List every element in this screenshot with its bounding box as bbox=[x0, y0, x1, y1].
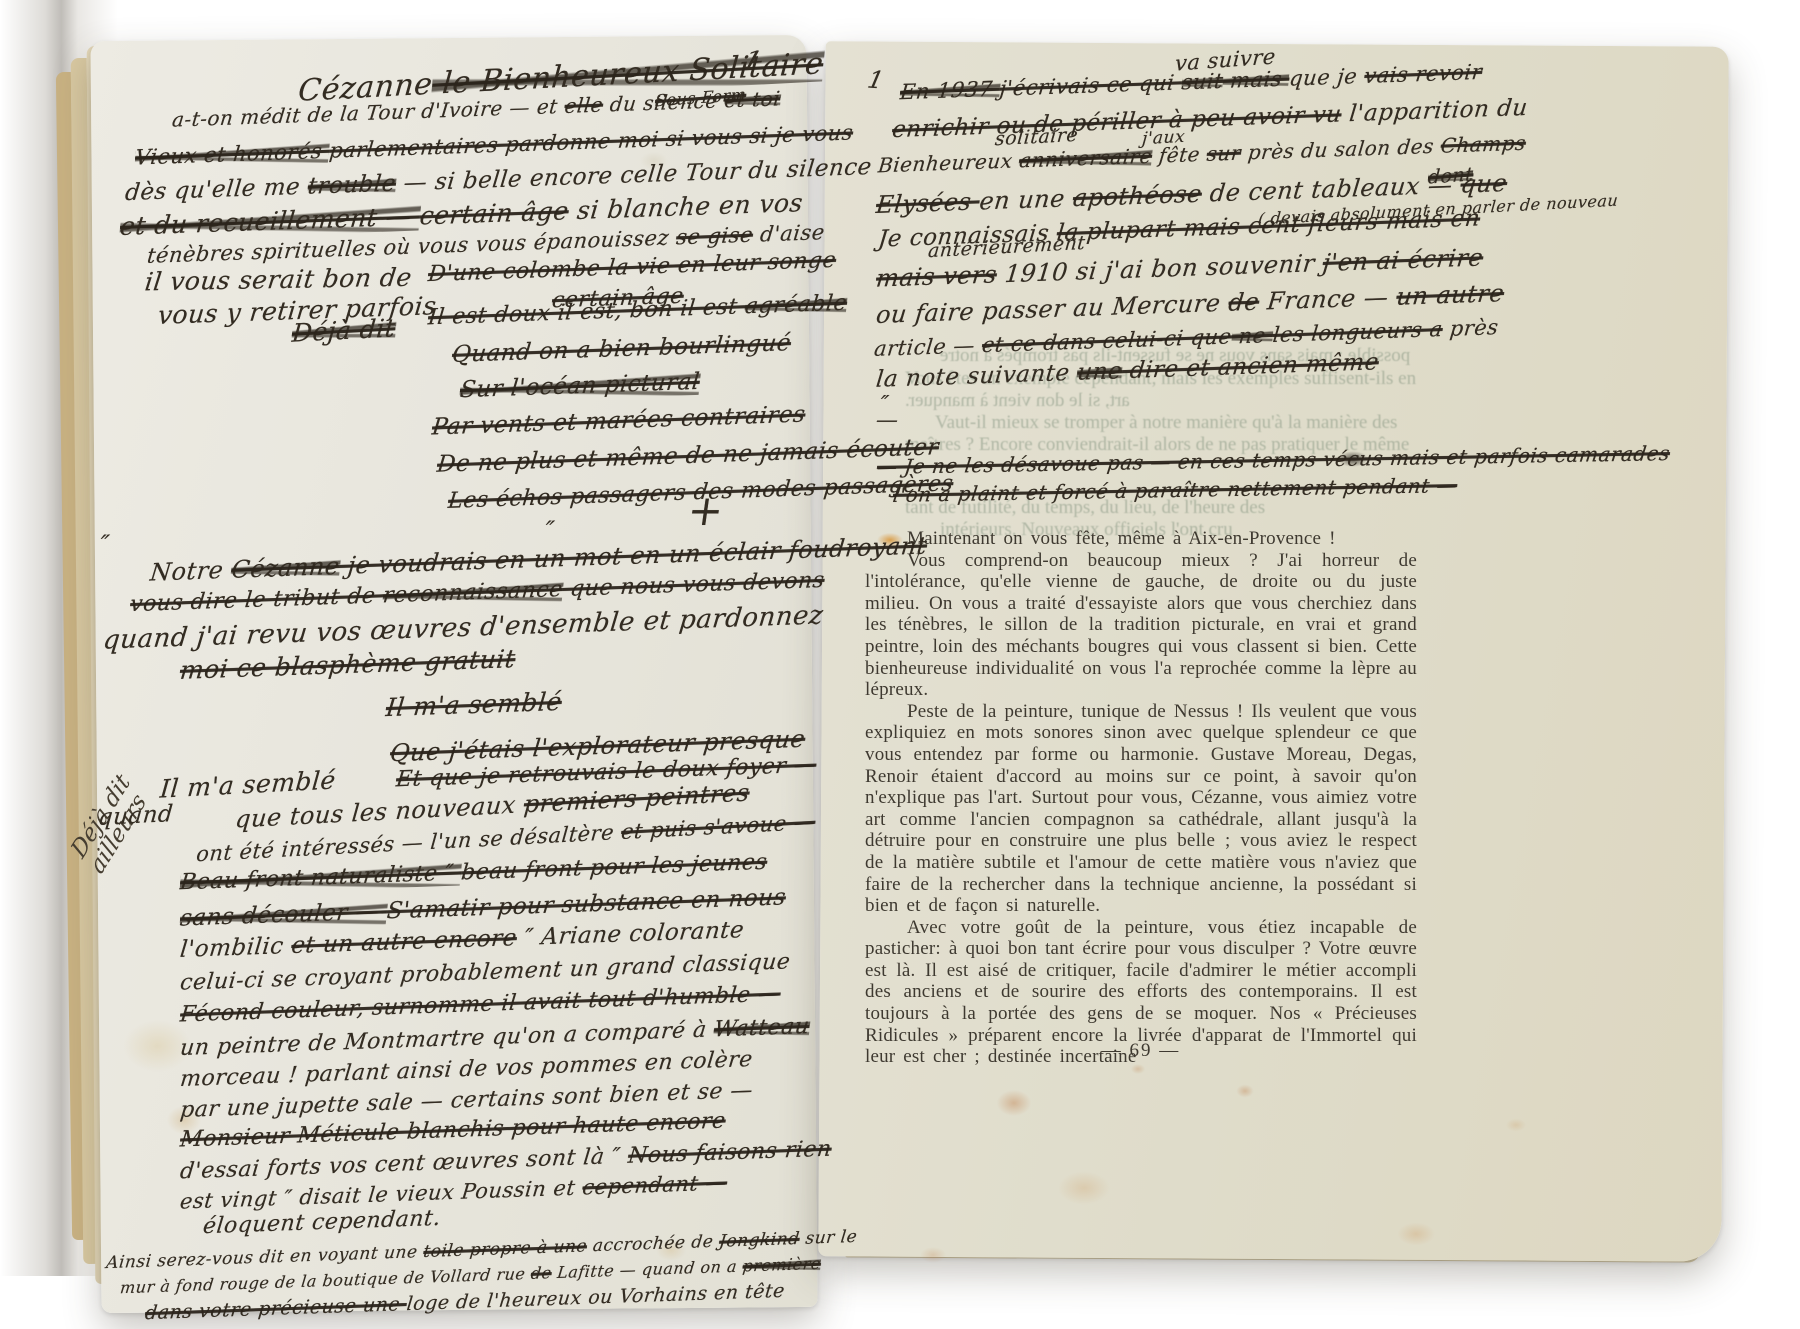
struck-through-text: agréable bbox=[744, 291, 849, 320]
handwriting-text: sur le bbox=[799, 1227, 859, 1249]
handwriting-text: de cent tableaux — bbox=[1200, 171, 1462, 208]
handwriting-text: 1910 si j'ai bon souvenir bbox=[995, 249, 1324, 289]
handwritten-line: celui-ci se croyant probablement un gran… bbox=[179, 949, 792, 995]
foxing-stain bbox=[160, 1100, 208, 1140]
handwritten-line: Fécond couleur, surnomme il avait tout d… bbox=[179, 981, 782, 1027]
handwriting-text: France — bbox=[1258, 283, 1398, 316]
struck-through-text: Sous Form bbox=[654, 85, 746, 111]
handwriting-text: l'ombilic bbox=[179, 933, 293, 963]
printed-paragraph: Peste de la peinture, tunique de Nessus … bbox=[865, 701, 1417, 917]
handwriting-text: vous y retirer parfois bbox=[157, 291, 438, 330]
handwritten-line: sans découler — S'amatir pour substance … bbox=[179, 884, 787, 931]
handwriting-text: quand j'ai revu vos œuvres d'ensemble et… bbox=[102, 600, 825, 655]
handwritten-line: enrichir ou de périller à peu avoir vu l… bbox=[891, 95, 1529, 143]
handwritten-line: Monsieur Méticule blanchis pour haute en… bbox=[179, 1108, 727, 1152]
printed-paragraph: Maintenant on vous fête, même à Aix-en-P… bbox=[865, 528, 1417, 550]
handwriting-text: va suivre bbox=[1174, 44, 1276, 75]
handwritten-line: Que j'étais l'explorateur presque bbox=[389, 725, 807, 768]
handwritten-line: ″ bbox=[543, 516, 556, 544]
handwritten-line: Elysées en une apothéose de cent tableau… bbox=[875, 169, 1509, 219]
handwritten-line: mais vers 1910 si j'ai bon souvenir j'en… bbox=[875, 243, 1485, 292]
printed-paragraph: Vous comprend-on beaucoup mieux ? J'ai h… bbox=[865, 550, 1417, 701]
struck-through-text: vous dire le tribut de bbox=[129, 583, 384, 617]
struck-through-text: une bbox=[1076, 358, 1123, 386]
handwriting-text: il vous serait bon de bbox=[143, 263, 413, 297]
handwriting-text: morceau ! parlant ainsi de vos pommes en… bbox=[179, 1047, 754, 1092]
struck-through-text: Nous faisons rien bbox=[627, 1137, 833, 1169]
struck-through-text: Quand on a bien bourlingué bbox=[451, 330, 793, 368]
handwritten-line: certain âge bbox=[551, 284, 685, 314]
page-number: — 69 — bbox=[865, 1040, 1417, 1062]
showthrough-text: maîtres ? Encore conviendrait-il alors d… bbox=[905, 434, 1409, 456]
struck-through-text: Monsieur Méticule blanchis pour haute en… bbox=[179, 1108, 727, 1152]
handwritten-line: j'aux bbox=[1141, 127, 1186, 149]
handwriting-text: la note suivante bbox=[875, 360, 1079, 393]
struck-through-text: Cézanne bbox=[230, 552, 341, 584]
handwriting-text: celui-ci se croyant probablement un gran… bbox=[179, 949, 792, 995]
handwritten-line: la note suivante une dire et ancien même bbox=[875, 349, 1380, 393]
handwritten-line: ou faire passer au Mercure de France — u… bbox=[875, 279, 1506, 329]
handwritten-line: que tous les nouveaux premiers peintres bbox=[234, 778, 751, 833]
handwriting-text: antérieurement bbox=[927, 232, 1086, 262]
struck-through-text: S'amatir pour substance en nous bbox=[386, 884, 788, 924]
struck-through-text: trouble bbox=[307, 171, 398, 200]
handwritten-line: solitaire bbox=[994, 124, 1079, 150]
struck-through-text: et puis s'avoue — bbox=[620, 810, 816, 844]
handwriting-text: d'aise bbox=[752, 220, 826, 247]
orange-crayon-mark bbox=[872, 530, 908, 550]
handwritten-line: ténèbres spirituelles où vous vous épano… bbox=[146, 220, 826, 268]
handwritten-line: dès qu'elle me trouble — si belle encore… bbox=[124, 154, 873, 206]
handwritten-line: a-t-on médit de la Tour d'Ivoire — et el… bbox=[171, 86, 782, 131]
handwriting-text: loge de l'heureux ou Vorhains en tête bbox=[406, 1280, 786, 1315]
handwriting-text: Lafitte — quand on a bbox=[551, 1256, 744, 1282]
struck-through-text: Fécond couleur, surnomme il avait tout d… bbox=[179, 981, 782, 1027]
struck-through-text: Champs bbox=[1440, 131, 1528, 158]
handwriting-text: ( devais absolument en parler de nouveau bbox=[1257, 191, 1619, 229]
handwriting-text: article — bbox=[873, 333, 983, 361]
struck-through-text: première bbox=[742, 1254, 822, 1276]
handwritten-line: l'ombilic et un autre encore ″ Ariane co… bbox=[179, 917, 746, 963]
struck-through-text: Déjà dit bbox=[291, 313, 397, 348]
book-photo: Déjà dit ailleurs Maintenant on vous fêt… bbox=[0, 0, 1800, 1329]
struck-through-text: dire et ancien même bbox=[1121, 349, 1380, 384]
handwritten-line: Il m'a semblé bbox=[385, 687, 564, 722]
handwritten-line: De ne plus et même de ne jamais écouter bbox=[436, 434, 941, 478]
handwriting-text: par une jupette sale — certains sont bie… bbox=[179, 1078, 754, 1123]
foxing-stain bbox=[915, 1244, 951, 1266]
handwritten-line: mur à fond rouge de la boutique de Volla… bbox=[119, 1254, 822, 1298]
struck-through-text: apothéose bbox=[1072, 180, 1204, 213]
handwriting-text: — si belle encore celle Tour du silence bbox=[395, 154, 874, 197]
showthrough-text: art, si le don vient à manquer. bbox=[905, 390, 1130, 412]
handwritten-line: ″ bbox=[878, 392, 890, 417]
showthrough-text: Vous êtes un exemple cependant, mais les… bbox=[905, 368, 1416, 390]
struck-through-text: premiers peintres bbox=[523, 778, 751, 818]
handwriting-text: a-t-on médit de la Tour d'Ivoire — et bbox=[171, 94, 566, 132]
handwriting-text: que je bbox=[1288, 64, 1366, 91]
struck-through-text: Sur l'océan pictural bbox=[459, 369, 701, 403]
struck-through-text: enrichir ou de périller à peu avoir vu bbox=[891, 101, 1343, 143]
handwritten-line: Je connaissais la plupart mais cent fleu… bbox=[877, 205, 1482, 252]
handwritten-line: 1 bbox=[739, 45, 765, 77]
struck-through-text: Elysées bbox=[875, 187, 981, 219]
handwritten-line: Cézanne le Bienheureux Solitaire bbox=[297, 46, 825, 109]
struck-through-text: parlementaires pardonne moi si vous si j… bbox=[328, 120, 854, 162]
struck-through-text: que bbox=[1459, 169, 1508, 199]
struck-through-text: Vieux et honorés bbox=[134, 139, 331, 170]
handwritten-line: article — et ce dans celui-ci que ne les… bbox=[873, 315, 1500, 361]
struck-through-text: toile propre à une bbox=[422, 1236, 588, 1262]
handwritten-line: ( devais absolument en parler de nouveau bbox=[1257, 191, 1619, 229]
handwritten-line: Quand on a bien bourlingué bbox=[451, 330, 793, 368]
handwriting-text: Il m'a semblé bbox=[159, 765, 337, 803]
handwriting-text: + bbox=[685, 486, 728, 535]
handwritten-line: Sur l'océan pictural bbox=[459, 369, 701, 403]
handwriting-text: fête bbox=[1151, 142, 1208, 168]
struck-through-text: Par vents et marées contraires bbox=[431, 401, 807, 440]
handwriting-text: ″ bbox=[543, 516, 556, 544]
handwritten-line: Par vents et marées contraires bbox=[431, 401, 807, 440]
struck-through-text: Les échos passagers des modes passagères bbox=[447, 471, 955, 514]
page-stack-edge bbox=[845, 1245, 1700, 1262]
handwriting-text: mur à fond rouge de la boutique de Volla… bbox=[119, 1264, 532, 1297]
struck-through-text: que nous vous devons bbox=[561, 568, 825, 602]
handwritten-line: Beau front naturaliste ″ beau front pour… bbox=[179, 850, 769, 896]
struck-through-text: sans découler — bbox=[179, 898, 389, 931]
struck-through-text: dont bbox=[1427, 163, 1474, 188]
struck-through-text: sur bbox=[1206, 141, 1243, 166]
handwritten-line: et du recueillement — certain âge si bla… bbox=[119, 188, 805, 241]
struck-through-text: En 1937 bbox=[899, 77, 1001, 105]
handwritten-line: Sous Form bbox=[654, 85, 746, 111]
handwriting-text: ″ bbox=[878, 392, 890, 417]
struck-through-text: le Bienheureux Solitaire bbox=[431, 46, 825, 102]
handwritten-line: un peintre de Montmartre qu'on a comparé… bbox=[179, 1014, 811, 1061]
struck-through-text: et toi bbox=[723, 86, 781, 112]
foxing-stain bbox=[1128, 1062, 1148, 1076]
printed-paragraph: Avec votre goût de la peinture, vous éti… bbox=[865, 917, 1417, 1068]
struck-through-text: Et que je retrouvais le doux foyer — bbox=[395, 753, 818, 793]
handwriting-text: Bienheureux bbox=[877, 148, 1021, 177]
struck-through-text: et du recueillement — bbox=[119, 201, 422, 241]
struck-through-text: Beau front naturaliste ″ bbox=[179, 860, 463, 895]
struck-through-text: De ne plus et même de ne jamais écouter bbox=[436, 434, 941, 478]
handwriting-text: du silence bbox=[602, 88, 726, 116]
struck-through-text: j'écrivais ce qui bbox=[999, 70, 1183, 100]
handwritten-line: antérieurement bbox=[927, 232, 1086, 262]
handwriting-text: ou faire passer au Mercure bbox=[875, 289, 1230, 329]
showthrough-text: possible ; mais sans vous ne se fussent-… bbox=[940, 345, 1410, 367]
struck-through-text: vais revoir bbox=[1363, 60, 1483, 88]
handwritten-line: l'on a plaint et forcé à paraître nettem… bbox=[892, 473, 1459, 507]
handwritten-line: Bienheureux anniversaire fête sur près d… bbox=[877, 131, 1527, 178]
struck-through-text: et un autre encore bbox=[290, 925, 518, 959]
foxing-stain bbox=[650, 1235, 692, 1265]
handwritten-line: va suivre bbox=[1174, 44, 1276, 75]
handwritten-line: D'une colombe la vie en leur songe bbox=[427, 248, 838, 287]
struck-through-text: elle bbox=[563, 93, 604, 118]
right-page-printed bbox=[818, 41, 1728, 1261]
handwriting-text: 1 bbox=[865, 66, 887, 95]
handwritten-line: dans votre précieuse une loge de l'heure… bbox=[144, 1280, 786, 1324]
handwriting-text: j'aux bbox=[1141, 127, 1186, 149]
struck-through-text: moi ce blasphème gratuit bbox=[179, 644, 517, 685]
struck-through-text: ne bbox=[1230, 323, 1274, 349]
struck-through-text: Que j'étais l'explorateur presque bbox=[389, 725, 807, 768]
handwritten-line: 1 bbox=[865, 66, 887, 95]
handwritten-line: Il est doux il est, bon il est agréable bbox=[427, 291, 849, 331]
struck-through-text: de bbox=[530, 1263, 553, 1283]
handwritten-line: d'essai forts vos cent œuvres sont là ″ … bbox=[179, 1137, 833, 1185]
showthrough-text: intérieurs. Nouveaux officiels l'ont cru bbox=[940, 519, 1233, 541]
showthrough-text: Vaut-il mieux se tromper à notre manière… bbox=[935, 412, 1397, 434]
handwritten-line: Ainsi serez-vous dit en voyant une toile… bbox=[105, 1227, 858, 1273]
handwriting-text: dès qu'elle me bbox=[124, 174, 309, 206]
handwritten-line: moi ce blasphème gratuit bbox=[179, 644, 517, 685]
struck-through-text: j'en ai écrire bbox=[1321, 243, 1484, 277]
struck-through-text: mais vers bbox=[875, 260, 999, 292]
handwritten-line: + bbox=[685, 486, 728, 535]
printed-text-block: Maintenant on vous fête, même à Aix-en-P… bbox=[865, 528, 1417, 1068]
handwritten-line: Les échos passagers des modes passagères bbox=[447, 471, 955, 514]
handwriting-text: ténèbres spirituelles où vous vous épano… bbox=[146, 225, 678, 268]
handwriting-text: près bbox=[1441, 315, 1499, 341]
handwritten-line: morceau ! parlant ainsi de vos pommes en… bbox=[179, 1047, 754, 1092]
handwriting-text: 1 bbox=[739, 45, 765, 77]
handwriting-text: si blanche en vos bbox=[567, 188, 804, 225]
left-page-manuscript bbox=[90, 35, 817, 1313]
handwritten-line: — bbox=[874, 408, 900, 433]
foxing-stain bbox=[990, 1085, 1038, 1121]
handwritten-line: vous dire le tribut de reconnaissance qu… bbox=[129, 568, 826, 617]
foxing-stain bbox=[635, 148, 673, 174]
handwriting-text: que tous les nouveaux bbox=[234, 790, 525, 833]
struck-through-text: — Je ne les désavoue pas — en ces temps … bbox=[876, 441, 1672, 479]
handwritten-line: ont été intéressés — l'un se désaltère e… bbox=[195, 810, 816, 867]
handwritten-line: par une jupette sale — certains sont bie… bbox=[179, 1078, 754, 1123]
handwriting-text: solitaire bbox=[994, 124, 1079, 150]
struck-through-text: dans votre précieuse une bbox=[144, 1293, 408, 1324]
ink-smudge bbox=[1332, 448, 1374, 470]
handwriting-text: l'apparition du bbox=[1340, 95, 1529, 128]
foxing-stain bbox=[1502, 1116, 1530, 1134]
handwriting-text: Notre bbox=[149, 556, 233, 587]
handwritten-line: il vous serait bon de bbox=[143, 263, 413, 297]
handwriting-text: — bbox=[874, 408, 900, 433]
handwritten-line: dont bbox=[1427, 163, 1474, 188]
struck-through-text: mais cent fleurs mais en bbox=[1174, 205, 1481, 242]
handwriting-text: est vingt ″ disait le vieux Poussin et bbox=[179, 1175, 584, 1213]
struck-through-text: l'on a plaint et forcé à paraître nettem… bbox=[892, 473, 1459, 507]
struck-through-text: beau front pour les jeunes bbox=[460, 850, 769, 886]
handwriting-text: en une bbox=[978, 184, 1074, 215]
handwritten-line: vous y retirer parfois bbox=[157, 291, 438, 330]
handwriting-text: accrochée de bbox=[586, 1232, 720, 1257]
struck-through-text: certain âge bbox=[551, 284, 685, 314]
struck-through-text: anniversaire bbox=[1018, 144, 1153, 173]
handwriting-text: un peintre de Montmartre qu'on a comparé… bbox=[179, 1017, 716, 1061]
struck-through-text: je voudrais en un mot en un éclair foudr… bbox=[338, 531, 928, 580]
struck-through-text: suit bbox=[1180, 69, 1224, 95]
struck-through-text: les longueurs a bbox=[1272, 317, 1444, 347]
struck-through-text: mais bbox=[1222, 67, 1291, 93]
handwriting-text: près du salon des bbox=[1240, 134, 1442, 165]
struck-through-text: de bbox=[1227, 288, 1261, 317]
handwritten-line: Notre Cézanne je voudrais en un mot en u… bbox=[149, 531, 929, 586]
struck-through-text: Jongkind bbox=[718, 1229, 801, 1252]
struck-through-text: la plupart bbox=[1056, 216, 1178, 246]
foxing-stain bbox=[1390, 1218, 1442, 1250]
foxing-stain bbox=[110, 1010, 205, 1082]
handwritten-line: éloquent cependant. bbox=[202, 1206, 442, 1239]
showthrough-text: tant de futilité, du temps, du lieu, de … bbox=[905, 497, 1265, 519]
handwritten-line: Et que je retrouvais le doux foyer — bbox=[395, 753, 818, 793]
struck-through-text: Il m'a semblé bbox=[385, 687, 564, 722]
handwritten-line: Il m'a semblé bbox=[159, 765, 337, 803]
book-gutter bbox=[0, 0, 118, 1276]
handwritten-line: Déjà dit bbox=[291, 313, 397, 348]
handwriting-text: Ainsi serez-vous dit en voyant une bbox=[105, 1242, 424, 1273]
struck-through-text: Watteau bbox=[713, 1014, 811, 1042]
struck-through-text: un autre bbox=[1395, 279, 1506, 311]
handwriting-text: éloquent cependant. bbox=[202, 1206, 442, 1239]
struck-through-text: cependant — bbox=[581, 1170, 728, 1199]
handwritten-line: — Je ne les désavoue pas — en ces temps … bbox=[876, 441, 1672, 479]
struck-through-text: certain âge bbox=[418, 196, 570, 230]
struck-through-text: et ce dans celui-ci que bbox=[981, 324, 1233, 357]
handwritten-line: Vieux et honorés parlementaires pardonne… bbox=[134, 120, 854, 169]
struck-through-text: Il est doux il est, bon il est bbox=[427, 294, 747, 330]
struck-through-text: reconnaissance bbox=[382, 577, 564, 608]
handwriting-text: d'essai forts vos cent œuvres sont là ″ bbox=[179, 1144, 630, 1185]
foxing-stain bbox=[1048, 1165, 1120, 1211]
handwriting-text: Je connaissais bbox=[877, 220, 1058, 252]
foxing-stain bbox=[1233, 1082, 1257, 1100]
handwriting-text: ont été intéressés — l'un se désaltère bbox=[195, 820, 622, 866]
handwriting-text: ″ Ariane colorante bbox=[515, 917, 745, 951]
struck-through-text: D'une colombe la vie en leur songe bbox=[427, 248, 838, 287]
handwritten-line: En 1937 j'écrivais ce qui suit mais que … bbox=[899, 60, 1484, 104]
handwriting-text: Cézanne bbox=[297, 67, 434, 109]
struck-through-text: se gise bbox=[675, 223, 754, 250]
handwritten-line: quand j'ai revu vos œuvres d'ensemble et… bbox=[102, 600, 825, 655]
handwritten-line: est vingt ″ disait le vieux Poussin et c… bbox=[179, 1170, 729, 1213]
